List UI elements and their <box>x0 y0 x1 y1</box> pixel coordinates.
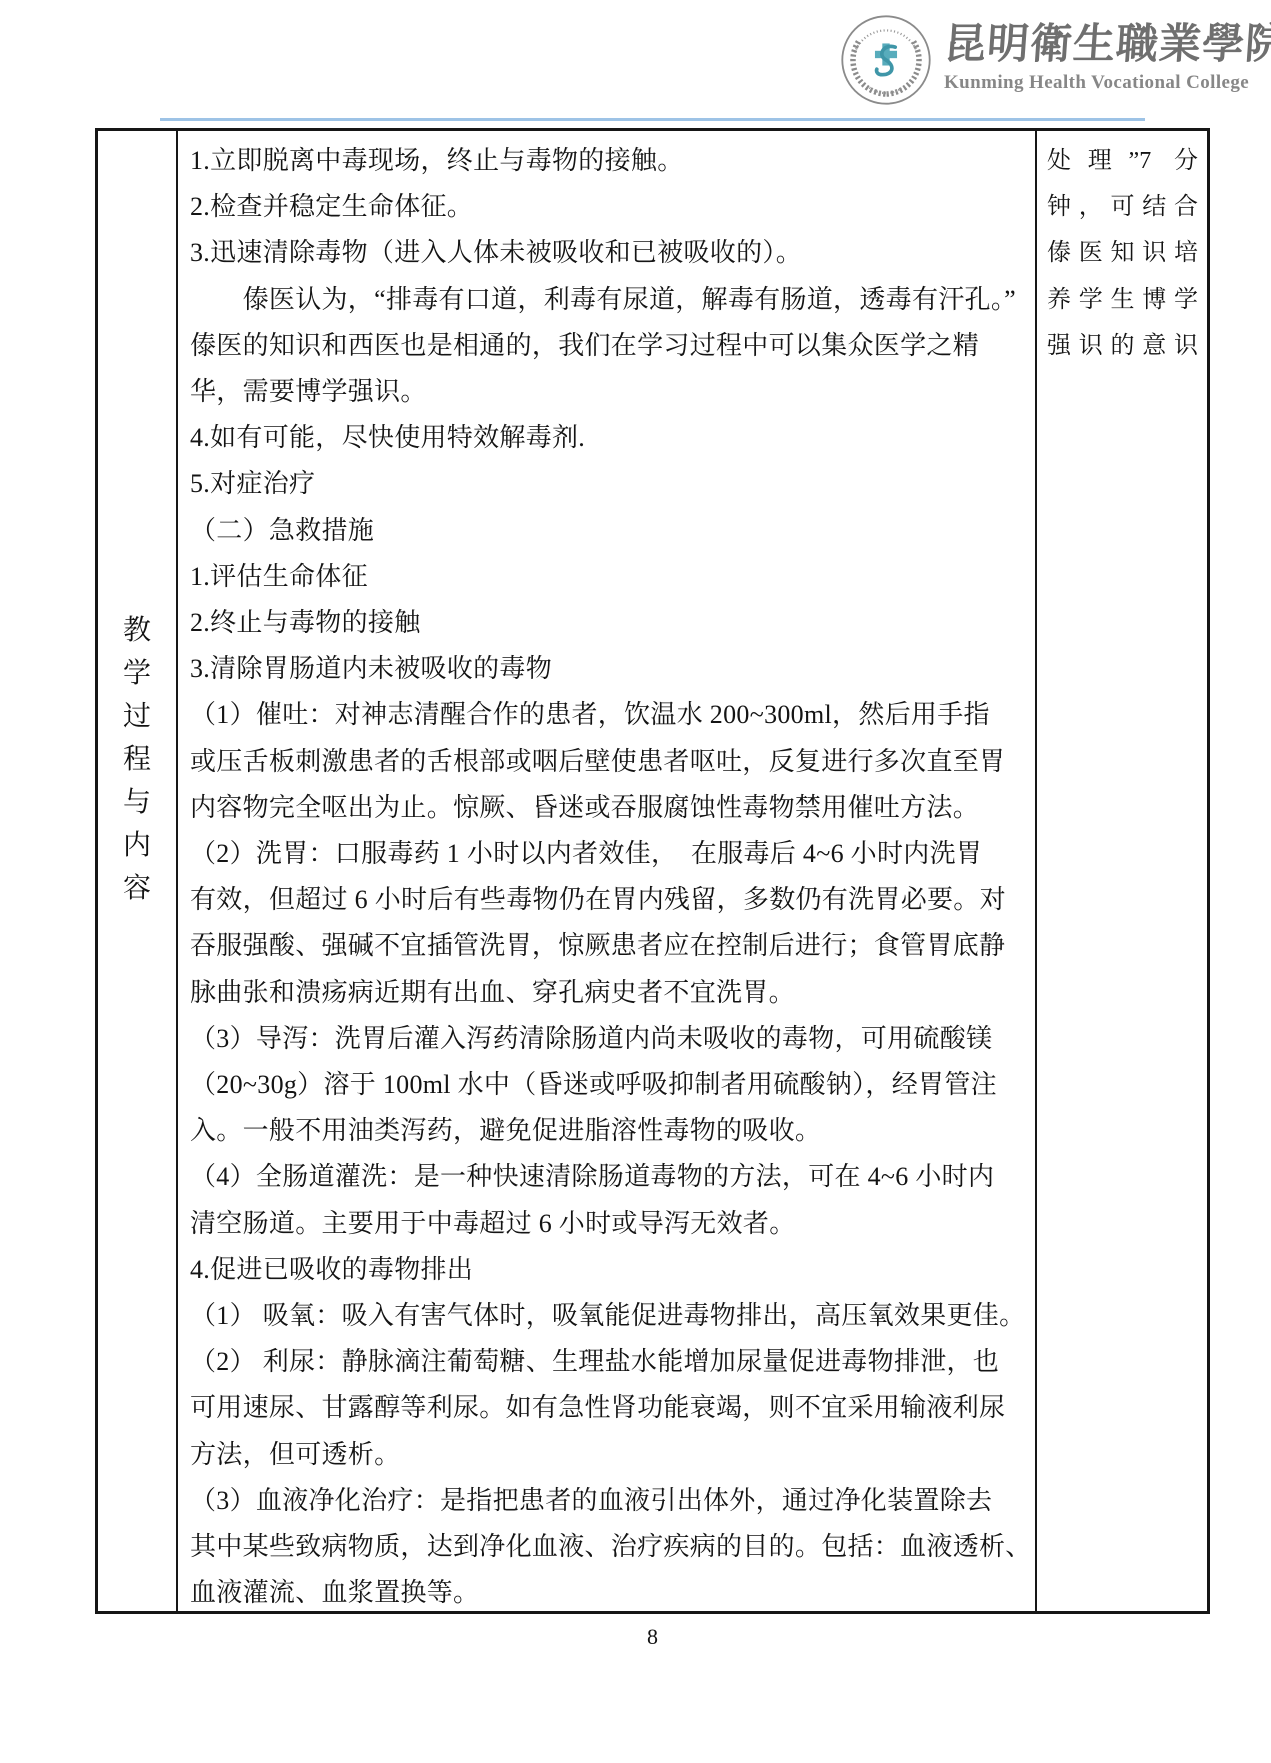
header-text-block: 昆明衛生職業學院 Kunming Health Vocational Colle… <box>944 14 1271 94</box>
content-line: （4）全肠道灌洗：是一种快速清除肠道毒物的方法，可在 4~6 小时内 <box>190 1154 1023 1200</box>
content-line: 清空肠道。主要用于中毒超过 6 小时或导泻无效者。 <box>190 1201 1023 1247</box>
side-note-cell: 处理”7 分钟，可结合傣医知识培养学生博学强识的意识 <box>1037 131 1207 1611</box>
content-line: 其中某些致病物质，达到净化血液、治疗疾病的目的。包括：血液透析、 <box>190 1524 1023 1570</box>
content-line: 吞服强酸、强碱不宜插管洗胃，惊厥患者应在控制后进行；食管胃底静 <box>190 923 1023 969</box>
content-line: （3）导泻：洗胃后灌入泻药清除肠道内尚未吸收的毒物，可用硫酸镁 <box>190 1016 1023 1062</box>
content-line: 血液灌流、血浆置换等。 <box>190 1570 1023 1611</box>
content-line: 傣医认为，“排毒有口道，利毒有尿道，解毒有肠道，透毒有汗孔。” <box>190 277 1023 323</box>
content-line: （2）洗胃：口服毒药 1 小时以内者效佳， 在服毒后 4~6 小时内洗胃 <box>190 831 1023 877</box>
content-line: （3）血液净化治疗：是指把患者的血液引出体外，通过净化装置除去 <box>190 1478 1023 1524</box>
content-line: 脉曲张和溃疡病近期有出血、穿孔病史者不宜洗胃。 <box>190 970 1023 1016</box>
content-line: 傣医的知识和西医也是相通的，我们在学习过程中可以集众医学之精 <box>190 323 1023 369</box>
college-name-en: Kunming Health Vocational College <box>944 72 1271 94</box>
row-label: 教学过程与内容 <box>122 609 152 910</box>
page-number: 8 <box>95 1624 1210 1650</box>
content-line: 内容物完全呕出为止。惊厥、昏迷或吞服腐蚀性毒物禁用催吐方法。 <box>190 785 1023 831</box>
content-line: 3.清除胃肠道内未被吸收的毒物 <box>190 646 1023 692</box>
content-line: （2） 利尿：静脉滴注葡萄糖、生理盐水能增加尿量促进毒物排泄，也 <box>190 1339 1023 1385</box>
content-line: 可用速尿、甘露醇等利尿。如有急性肾功能衰竭，则不宜采用输液利尿 <box>190 1385 1023 1431</box>
teaching-content-cell: 1.立即脱离中毒现场，终止与毒物的接触。2.检查并稳定生命体征。3.迅速清除毒物… <box>178 131 1037 1611</box>
content-line: （20~30g）溶于 100ml 水中（昏迷或呼吸抑制者用硫酸钠），经胃管注 <box>190 1062 1023 1108</box>
row-label-cell: 教学过程与内容 <box>98 131 178 1611</box>
note-line: 钟，可结合 <box>1047 184 1198 230</box>
content-line: （1）催吐：对神志清醒合作的患者，饮温水 200~300ml，然后用手指 <box>190 692 1023 738</box>
note-line: 养学生博学 <box>1047 277 1198 323</box>
note-line: 强识的意识 <box>1047 323 1198 369</box>
content-line: （二）急救措施 <box>190 508 1023 554</box>
content-line: 4.如有可能，尽快使用特效解毒剂. <box>190 415 1023 461</box>
note-line: 处理”7 分 <box>1047 138 1198 184</box>
college-name-zh: 昆明衛生職業學院 <box>942 22 1271 68</box>
college-seal-icon <box>840 14 932 106</box>
content-line: 入。一般不用油类泻药，避免促进脂溶性毒物的吸收。 <box>190 1108 1023 1154</box>
header-divider-line <box>160 118 1145 121</box>
content-line: 5.对症治疗 <box>190 461 1023 507</box>
document-page: 昆明衛生職業學院 Kunming Health Vocational Colle… <box>0 0 1271 1763</box>
content-line: 2.检查并稳定生命体征。 <box>190 184 1023 230</box>
note-line: 傣医知识培 <box>1047 230 1198 276</box>
content-line: 方法，但可透析。 <box>190 1432 1023 1478</box>
content-line: 2.终止与毒物的接触 <box>190 600 1023 646</box>
content-line: 有效，但超过 6 小时后有些毒物仍在胃内残留，多数仍有洗胃必要。对 <box>190 877 1023 923</box>
content-line: 1.立即脱离中毒现场，终止与毒物的接触。 <box>190 138 1023 184</box>
content-line: 1.评估生命体征 <box>190 554 1023 600</box>
content-line: 华，需要博学强识。 <box>190 369 1023 415</box>
lesson-plan-table: 教学过程与内容 1.立即脱离中毒现场，终止与毒物的接触。2.检查并稳定生命体征。… <box>95 128 1210 1614</box>
content-line: （1） 吸氧：吸入有害气体时，吸氧能促进毒物排出，高压氧效果更佳。 <box>190 1293 1023 1339</box>
content-line: 3.迅速清除毒物（进入人体未被吸收和已被吸收的）。 <box>190 230 1023 276</box>
content-line: 4.促进已吸收的毒物排出 <box>190 1247 1023 1293</box>
content-line: 或压舌板刺激患者的舌根部或咽后壁使患者呕吐，反复进行多次直至胃 <box>190 739 1023 785</box>
header: 昆明衛生職業學院 Kunming Health Vocational Colle… <box>840 14 1271 106</box>
